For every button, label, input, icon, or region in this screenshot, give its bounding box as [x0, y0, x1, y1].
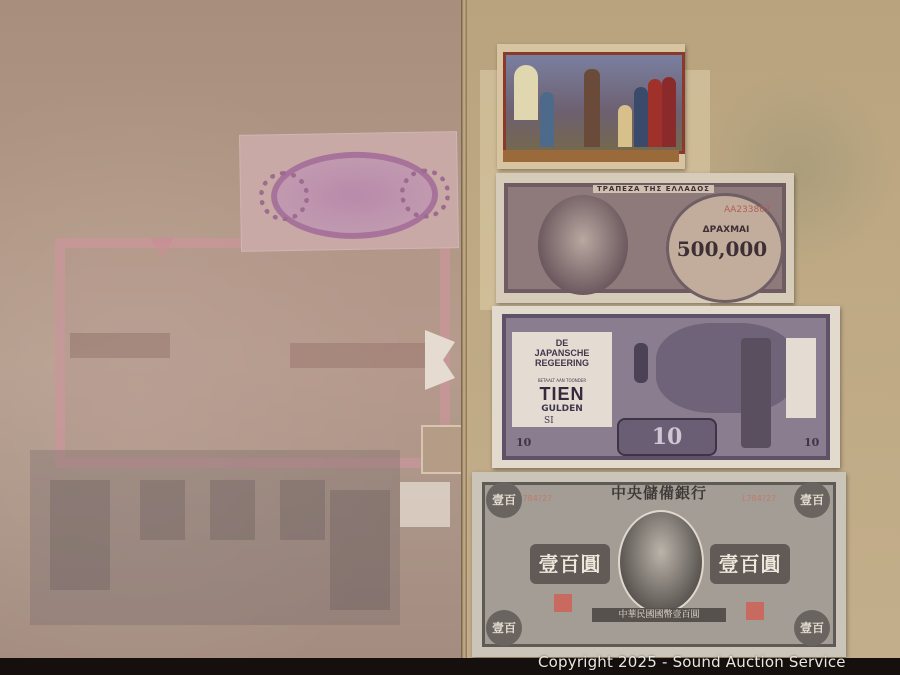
red-seal-right	[746, 602, 764, 620]
sky-gap	[786, 338, 816, 418]
unit-word: GULDEN	[514, 404, 610, 414]
serial-number-right: L784?27	[742, 494, 776, 503]
corner-denomination: 壹百	[486, 610, 522, 646]
notgeld-scene	[503, 52, 685, 154]
issuer-title: 中央儲備銀行	[592, 482, 726, 503]
red-seal-left	[554, 594, 572, 612]
center-value-cartouche: 10	[617, 418, 717, 456]
character-block	[330, 490, 390, 610]
line-japansche: JAPANSCHE	[535, 348, 590, 358]
issuer-title: ΤΡΑΠΕΖΑ ΤΗΣ ΕΛΛΑΔΟΣ	[593, 185, 714, 193]
sun-yat-sen-portrait	[618, 510, 704, 614]
corner-denomination: 壹百	[794, 482, 830, 518]
issuer-text: DE JAPANSCHE REGEERING	[514, 338, 610, 368]
figure	[634, 87, 648, 147]
copyright-watermark: Copyright 2025 - Sound Auction Service	[538, 653, 846, 671]
serial-number-left: L784?27	[518, 494, 552, 503]
banknote-crb-100-yuan: 中央儲備銀行 L784?27 L784?27 壹百圓 壹百圓 壹百 壹百 壹百 …	[472, 472, 846, 657]
denomination-left: 壹百圓	[530, 544, 610, 584]
serial-number: ΑΑ233807	[724, 205, 771, 215]
figure	[662, 77, 676, 147]
zeus-portrait	[538, 195, 628, 295]
character-block	[280, 480, 325, 540]
obscured-gray-note	[30, 450, 400, 625]
denomination-right: 壹百圓	[710, 544, 790, 584]
currency-label: ΔΡΑΧΜΑΙ	[676, 225, 776, 235]
left-album-page	[0, 0, 463, 660]
torn-edge	[150, 238, 174, 258]
banknote-japanese-10-gulden: DE JAPANSCHE REGEERING BETAALT AAN TOOND…	[492, 306, 840, 468]
payable-text: BETAALT AAN TOONDER	[514, 378, 610, 383]
notgeld-verse	[503, 150, 679, 162]
note-band-left	[70, 333, 170, 358]
tree-canopy	[656, 323, 796, 413]
corner-value-left: 10	[516, 436, 531, 449]
note-band-right	[290, 343, 430, 368]
figure	[648, 79, 662, 147]
line-de: DE	[556, 338, 569, 348]
block-letters: SI	[544, 416, 554, 426]
banknote-notgeld	[497, 44, 685, 169]
rosette-ornament	[270, 150, 438, 240]
corner-denomination: 壹百	[486, 482, 522, 518]
corner-denomination: 壹百	[794, 610, 830, 646]
banknote-greek-500000-drachmai: ΤΡΑΠΕΖΑ ΤΗΣ ΕΛΛΑΔΟΣ ΑΑ233807 ΔΡΑΧΜΑΙ 500…	[496, 173, 794, 303]
value-text: 500,000	[666, 237, 778, 261]
tree-trunk	[741, 338, 771, 448]
corner-value-right: 10	[804, 436, 819, 449]
note-frame: ΤΡΑΠΕΖΑ ΤΗΣ ΕΛΛΑΔΟΣ ΑΑ233807 ΔΡΑΧΜΑΙ 500…	[504, 183, 786, 293]
footer-text: 中華民國國幣壹百圓	[592, 608, 726, 622]
statue	[584, 69, 600, 147]
character-block	[210, 480, 255, 540]
character-block	[140, 480, 185, 540]
obscured-red-framed-note	[55, 238, 450, 468]
banana-bunch	[634, 343, 648, 383]
gothic-window	[514, 65, 538, 120]
figure	[540, 92, 554, 147]
denomination-word: TIEN	[514, 384, 610, 405]
obscured-pink-note	[239, 131, 459, 252]
character-block	[50, 480, 110, 590]
line-regeering: REGEERING	[535, 358, 589, 368]
album-photo: ΤΡΑΠΕΖΑ ΤΗΣ ΕΛΛΑΔΟΣ ΑΑ233807 ΔΡΑΧΜΑΙ 500…	[0, 0, 900, 675]
figure	[618, 105, 632, 147]
mount-corner	[400, 482, 450, 527]
